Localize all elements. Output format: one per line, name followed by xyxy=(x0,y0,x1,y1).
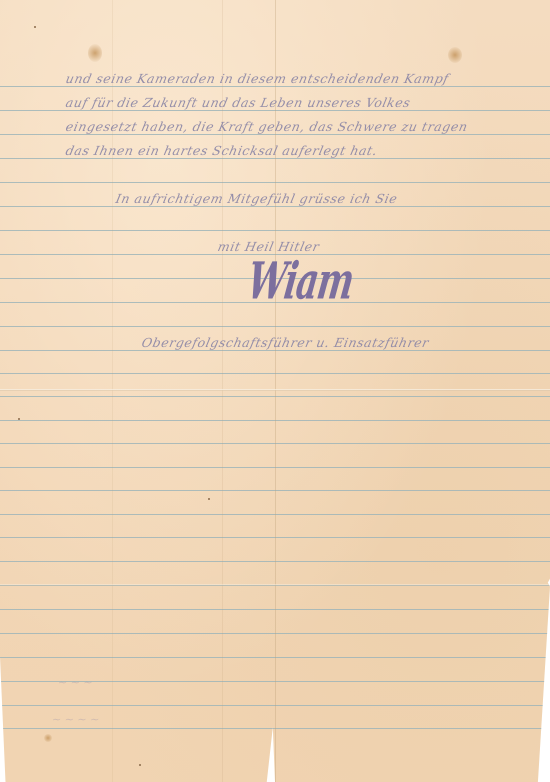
vertical-crease xyxy=(112,0,113,782)
speck xyxy=(18,418,20,420)
horizontal-crease xyxy=(0,584,550,586)
speck xyxy=(34,26,36,28)
horizontal-fold xyxy=(0,389,550,391)
vertical-crease xyxy=(222,0,223,782)
letter-line-3: eingesetzt haben, die Kraft geben, das S… xyxy=(64,119,469,134)
letter-line-4: das Ihnen ein hartes Schicksal auferlegt… xyxy=(64,143,379,158)
letter-page: und seine Kameraden in diesem entscheide… xyxy=(0,0,550,782)
vertical-fold xyxy=(275,0,276,782)
letter-line-2: auf für die Zukunft und das Leben unsere… xyxy=(64,95,412,110)
stain-mark xyxy=(88,44,102,62)
signer-title: Obergefolgschaftsführer u. Einsatzführer xyxy=(140,335,430,350)
stain-mark xyxy=(448,47,462,63)
bleed-through-mark: ~ ~ ~ ~ xyxy=(51,713,101,726)
speck xyxy=(139,764,141,766)
letter-line-1: und seine Kameraden in diesem entscheide… xyxy=(64,71,450,86)
speck xyxy=(208,498,210,500)
stain-mark xyxy=(44,734,52,742)
bleed-through-mark: ~ ~ ~ xyxy=(57,676,94,689)
signature: Wiam xyxy=(244,252,357,312)
closing-line: In aufrichtigem Mitgefühl grüsse ich Sie xyxy=(114,191,399,206)
